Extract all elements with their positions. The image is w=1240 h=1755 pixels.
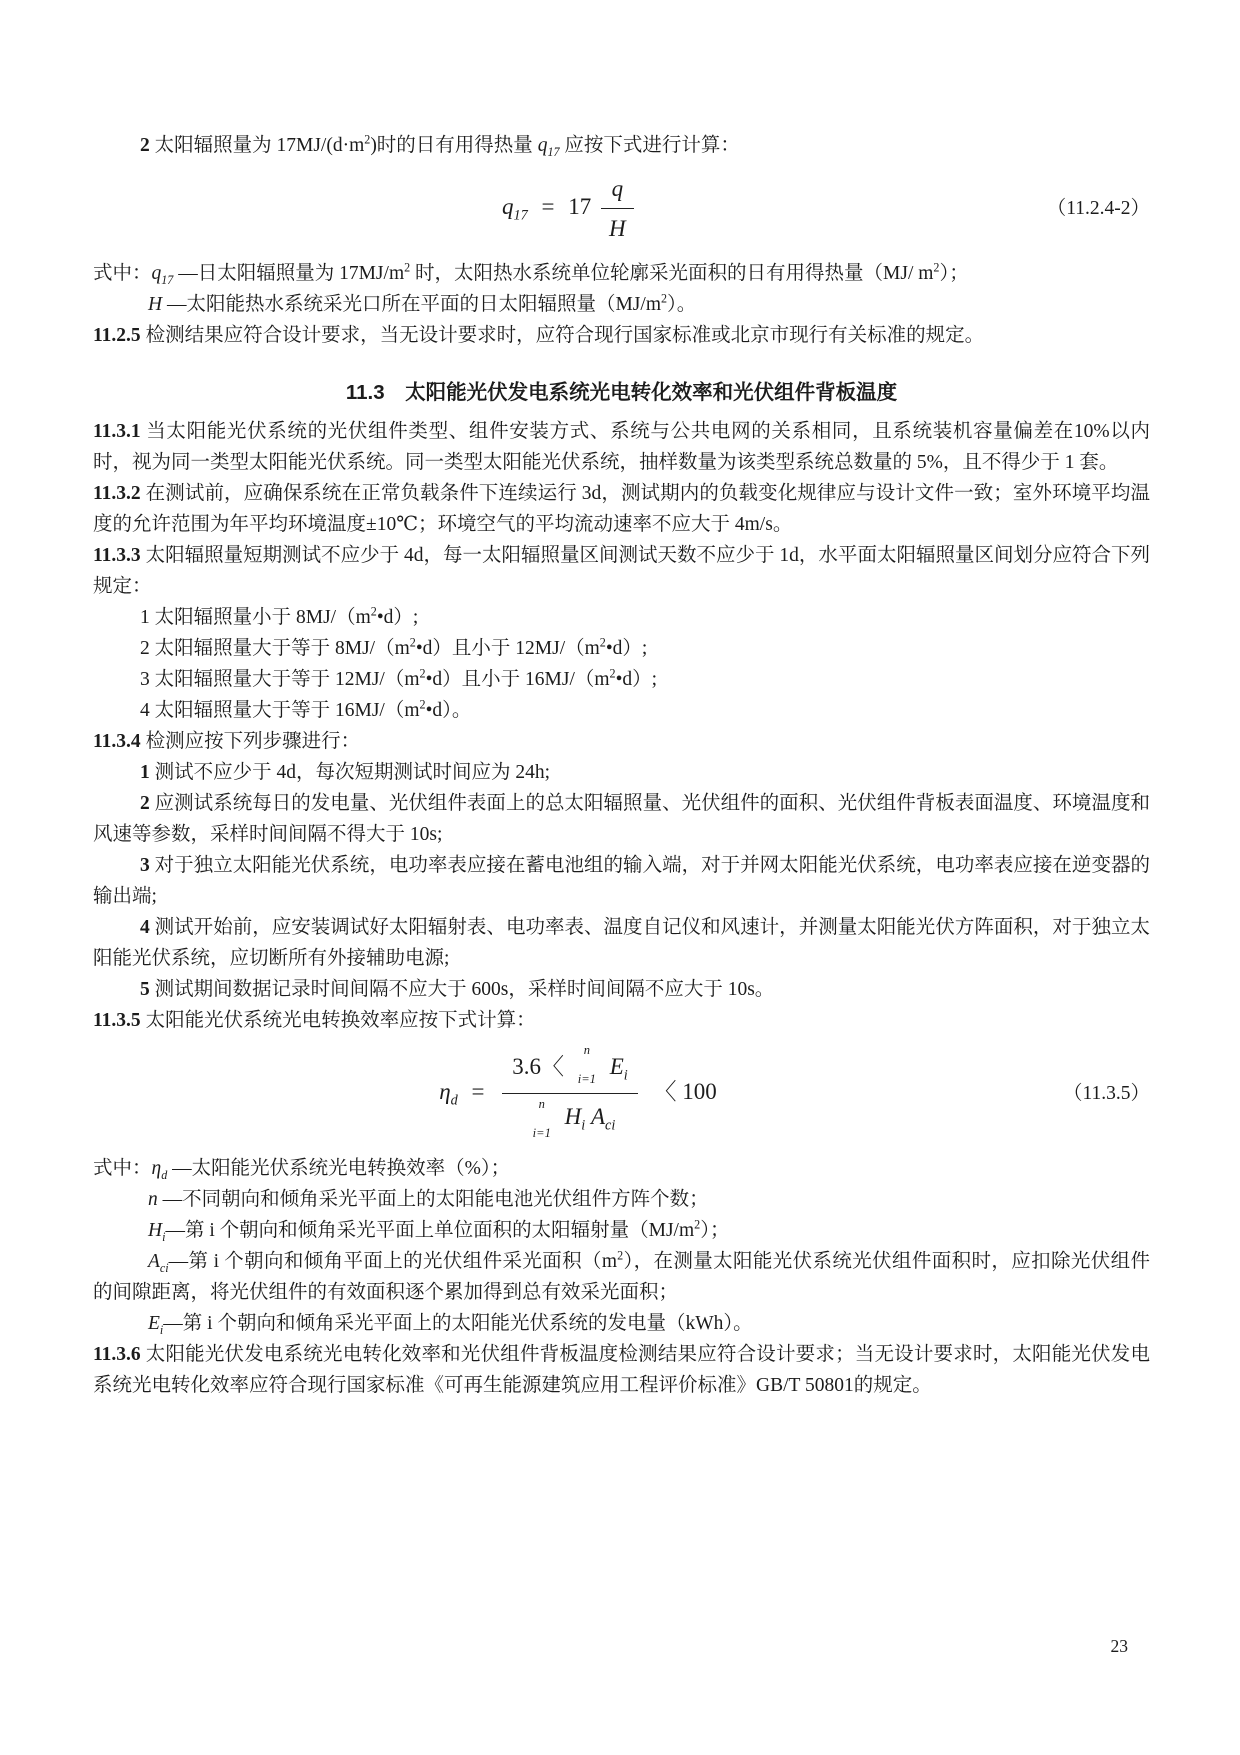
text-run: 1 太阳辐照量小于 8MJ/（m (140, 607, 371, 628)
text-run: 11.3.1 (93, 421, 141, 442)
text-run: •d）; (616, 669, 658, 690)
text-run: 式中： (93, 263, 152, 284)
text-run: 1 (140, 762, 150, 783)
clause-11-2-5: 11.2.5 检测结果应符合设计要求，当无设计要求时，应符合现行国家标准或北京市… (93, 320, 1150, 351)
denominator-term-H: H (565, 1104, 582, 1129)
fraction-denominator: H (601, 209, 634, 246)
text-run: 式中： (93, 1158, 152, 1179)
formula-lhs-variable: q (502, 194, 514, 219)
denominator-term-A-subscript: ci (605, 1117, 615, 1133)
text-run: —太阳能光伏系统光电转换效率（%）； (167, 1158, 510, 1179)
text-run: 11.3.4 (93, 731, 141, 752)
clause-11-3-5: 11.3.5 太阳能光伏系统光电转换效率应按下式计算： (93, 1005, 1150, 1036)
text-run: E (148, 1313, 160, 1334)
summation-lower-limit: i=1 (533, 1127, 551, 1140)
text-run: ci (160, 1261, 169, 1275)
formula-multiplier: 〈 100 (647, 1079, 716, 1104)
clause-11-3-6: 11.3.6 太阳能光伏发电系统光电转化效率和光伏组件背板温度检测结果应符合设计… (93, 1339, 1150, 1401)
text-run: 11.3 太阳能光伏发电系统光电转化效率和光伏组件背板温度 (346, 381, 897, 404)
text-run: •d）; (606, 638, 648, 659)
text-run: A (148, 1251, 160, 1272)
text-run: )时的日有用得热量 (370, 135, 537, 156)
text-run: •d）; (377, 607, 419, 628)
text-run: •d）且小于 16MJ/（m (426, 669, 610, 690)
formula-11-2-4-2: q17 = 17 q H （11.2.4-2） (93, 171, 1150, 246)
text-run: 测试开始前，应安装调试好太阳辐射表、电功率表、温度自记仪和风速计，并测量太阳能光… (93, 917, 1150, 969)
text-run: 11.3.5 (93, 1010, 141, 1031)
formula2-where-Aci: Aci—第 i 个朝向和倾角平面上的光伏组件采光面积（m2），在测量太阳能光伏系… (93, 1246, 1150, 1308)
summation-upper-limit: n (539, 1098, 545, 1111)
clause-11-2-4-item-2: 2 太阳辐照量为 17MJ/(d·m2)时的日有用得热量 q17 应按下式进行计… (93, 130, 1150, 161)
text-run: 测试不应少于 4d，每次短期测试时间应为 24h; (150, 762, 550, 783)
text-run: 11.3.2 (93, 483, 141, 504)
clause-11-3-4: 11.3.4 检测应按下列步骤进行： (93, 726, 1150, 757)
text-run: 应按下式进行计算： (560, 135, 740, 156)
text-run: 11.3.6 (93, 1344, 141, 1365)
clause-11-3-3: 11.3.3 太阳辐照量短期测试不应少于 4d，每一太阳辐照量区间测试天数不应少… (93, 540, 1150, 602)
formula2-where-n: n —不同朝向和倾角采光平面上的太阳能电池光伏组件方阵个数； (93, 1184, 1150, 1215)
formula-coefficient: 17 (568, 194, 591, 219)
text-run: 时，太阳热水系统单位轮廓采光面积的日有用得热量（MJ/ m (410, 263, 933, 284)
text-run: 4 太阳辐照量大于等于 16MJ/（m (140, 700, 420, 721)
text-run: —日太阳辐照量为 17MJ/m (173, 263, 404, 284)
text-run: 应测试系统每日的发电量、光伏组件表面上的总太阳辐照量、光伏组件的面积、光伏组件背… (93, 793, 1150, 845)
clause-11-3-3-item-3: 3 太阳辐照量大于等于 12MJ/（m2•d）且小于 16MJ/（m2•d）; (93, 664, 1150, 695)
text-run: n (148, 1189, 163, 1210)
formula1-where-q17: 式中：q17 —日太阳辐照量为 17MJ/m2 时，太阳热水系统单位轮廓采光面积… (93, 258, 1150, 289)
clause-11-3-2: 11.3.2 在测试前，应确保系统在正常负载条件下连续运行 3d，测试期内的负载… (93, 478, 1150, 540)
clause-11-3-4-item-2: 2 应测试系统每日的发电量、光伏组件表面上的总太阳辐照量、光伏组件的面积、光伏组… (93, 788, 1150, 850)
page-number: 23 (1111, 1636, 1129, 1657)
clause-11-3-4-item-4: 4 测试开始前，应安装调试好太阳辐射表、电功率表、温度自记仪和风速计，并测量太阳… (93, 912, 1150, 974)
text-run: ）。 (667, 294, 696, 315)
text-run: ）； (700, 1220, 729, 1241)
clause-11-3-1: 11.3.1 当太阳能光伏系统的光伏组件类型、组件安装方式、系统与公共电网的关系… (93, 416, 1150, 478)
formula-number: （11.3.5） (1063, 1078, 1150, 1109)
text-run: H (148, 294, 167, 315)
text-run: 3 (140, 855, 150, 876)
text-run: —太阳能热水系统采光口所在平面的日太阳辐照量（MJ/m (167, 294, 661, 315)
text-run: 2 (140, 793, 150, 814)
fraction: q H (601, 171, 634, 246)
text-run: 5 (140, 979, 150, 1000)
summation-upper-limit: n (584, 1044, 590, 1057)
text-run: •d）。 (426, 700, 472, 721)
text-run: q (538, 135, 548, 156)
text-run: —第 i 个朝向和倾角采光平面上的太阳能光伏系统的发电量（kWh）。 (163, 1313, 752, 1334)
text-run: 17 (547, 145, 559, 159)
summation-limits: n i=1 (533, 1098, 551, 1139)
text-run: 测试期间数据记录时间间隔不应大于 600s，采样时间间隔不应大于 10s。 (150, 979, 775, 1000)
text-run: 对于独立太阳能光伏系统，电功率表应接在蓄电池组的输入端，对于并网太阳能光伏系统，… (93, 855, 1150, 907)
numerator-coefficient: 3.6〈 (512, 1054, 564, 1079)
text-run: ）； (939, 263, 968, 284)
formula-number: （11.2.4-2） (1047, 193, 1150, 224)
document-page: 2 太阳辐照量为 17MJ/(d·m2)时的日有用得热量 q17 应按下式进行计… (0, 0, 1240, 1755)
section-heading-11-3: 11.3 太阳能光伏发电系统光电转化效率和光伏组件背板温度 (93, 377, 1150, 408)
formula-11-2-4-2-expression: q17 = 17 q H (93, 171, 1047, 246)
formula-11-3-5-expression: ηd = 3.6〈 n i=1 Ei n i=1 (93, 1046, 1063, 1141)
text-run: 17 (161, 273, 173, 287)
formula2-where-Hi: Hi—第 i 个朝向和倾角采光平面上单位面积的太阳辐射量（MJ/m2）； (93, 1215, 1150, 1246)
text-run: 3 太阳辐照量大于等于 12MJ/（m (140, 669, 420, 690)
clause-11-3-4-item-5: 5 测试期间数据记录时间间隔不应大于 600s，采样时间间隔不应大于 10s。 (93, 974, 1150, 1005)
text-run: 检测应按下列步骤进行： (141, 731, 360, 752)
text-run: 太阳辐照量短期测试不应少于 4d，每一太阳辐照量区间测试天数不应少于 1d，水平… (93, 545, 1150, 597)
clause-11-3-3-item-4: 4 太阳辐照量大于等于 16MJ/（m2•d）。 (93, 695, 1150, 726)
text-run: 在测试前，应确保系统在正常负载条件下连续运行 3d，测试期内的负载变化规律应与设… (93, 483, 1150, 535)
denominator-term-A: A (591, 1104, 605, 1129)
text-run: —第 i 个朝向和倾角采光平面上单位面积的太阳辐射量（MJ/m (165, 1220, 694, 1241)
denominator-term-H-subscript: i (581, 1117, 585, 1133)
document-body: 2 太阳辐照量为 17MJ/(d·m2)时的日有用得热量 q17 应按下式进行计… (93, 130, 1150, 1401)
formula-lhs-variable: η (439, 1079, 450, 1104)
summation-lower-limit: i=1 (578, 1073, 596, 1086)
fraction-denominator: n i=1 Hi Aci (502, 1094, 637, 1141)
clause-11-3-3-item-1: 1 太阳辐照量小于 8MJ/（m2•d）; (93, 602, 1150, 633)
formula2-where-eta: 式中：ηd —太阳能光伏系统光电转换效率（%）； (93, 1153, 1150, 1184)
text-run: 2 (140, 135, 155, 156)
text-run: η (152, 1158, 162, 1179)
text-run: •d）且小于 12MJ/（m (416, 638, 600, 659)
text-run: 太阳辐照量为 17MJ/(d·m (155, 135, 365, 156)
fraction-numerator: 3.6〈 n i=1 Ei (502, 1046, 637, 1094)
clause-11-3-4-item-1: 1 测试不应少于 4d，每次短期测试时间应为 24h; (93, 757, 1150, 788)
text-run: 当太阳能光伏系统的光伏组件类型、组件安装方式、系统与公共电网的关系相同，且系统装… (93, 421, 1150, 473)
text-run: —不同朝向和倾角采光平面上的太阳能电池光伏组件方阵个数； (163, 1189, 709, 1210)
numerator-term-subscript: i (624, 1067, 628, 1083)
text-run: H (148, 1220, 162, 1241)
clause-11-3-3-item-2: 2 太阳辐照量大于等于 8MJ/（m2•d）且小于 12MJ/（m2•d）; (93, 633, 1150, 664)
text-run: 2 太阳辐照量大于等于 8MJ/（m (140, 638, 410, 659)
formula2-where-Ei: Ei—第 i 个朝向和倾角采光平面上的太阳能光伏系统的发电量（kWh）。 (93, 1308, 1150, 1339)
fraction-numerator: q (601, 171, 634, 209)
text-run: 太阳能光伏系统光电转换效率应按下式计算： (141, 1010, 536, 1031)
formula1-where-H: H —太阳能热水系统采光口所在平面的日太阳辐照量（MJ/m2）。 (93, 289, 1150, 320)
equals-sign: = (464, 1079, 493, 1104)
text-run: 4 (140, 917, 150, 938)
text-run: 11.3.3 (93, 545, 141, 566)
formula-lhs-subscript: d (451, 1092, 458, 1108)
clause-11-3-4-item-3: 3 对于独立太阳能光伏系统，电功率表应接在蓄电池组的输入端，对于并网太阳能光伏系… (93, 850, 1150, 912)
text-run: 11.2.5 (93, 325, 141, 346)
formula-11-3-5: ηd = 3.6〈 n i=1 Ei n i=1 (93, 1046, 1150, 1141)
text-run: —第 i 个朝向和倾角平面上的光伏组件采光面积（m (169, 1251, 617, 1272)
numerator-term: E (610, 1054, 624, 1079)
summation-limits: n i=1 (578, 1044, 596, 1085)
formula-lhs-subscript: 17 (514, 207, 528, 223)
text-run: 检测结果应符合设计要求，当无设计要求时，应符合现行国家标准或北京市现行有关标准的… (141, 325, 984, 346)
text-run: 太阳能光伏发电系统光电转化效率和光伏组件背板温度检测结果应符合设计要求；当无设计… (93, 1344, 1150, 1396)
fraction: 3.6〈 n i=1 Ei n i=1 Hi Aci (502, 1046, 637, 1141)
equals-sign: = (534, 194, 563, 219)
text-run: q (152, 263, 162, 284)
